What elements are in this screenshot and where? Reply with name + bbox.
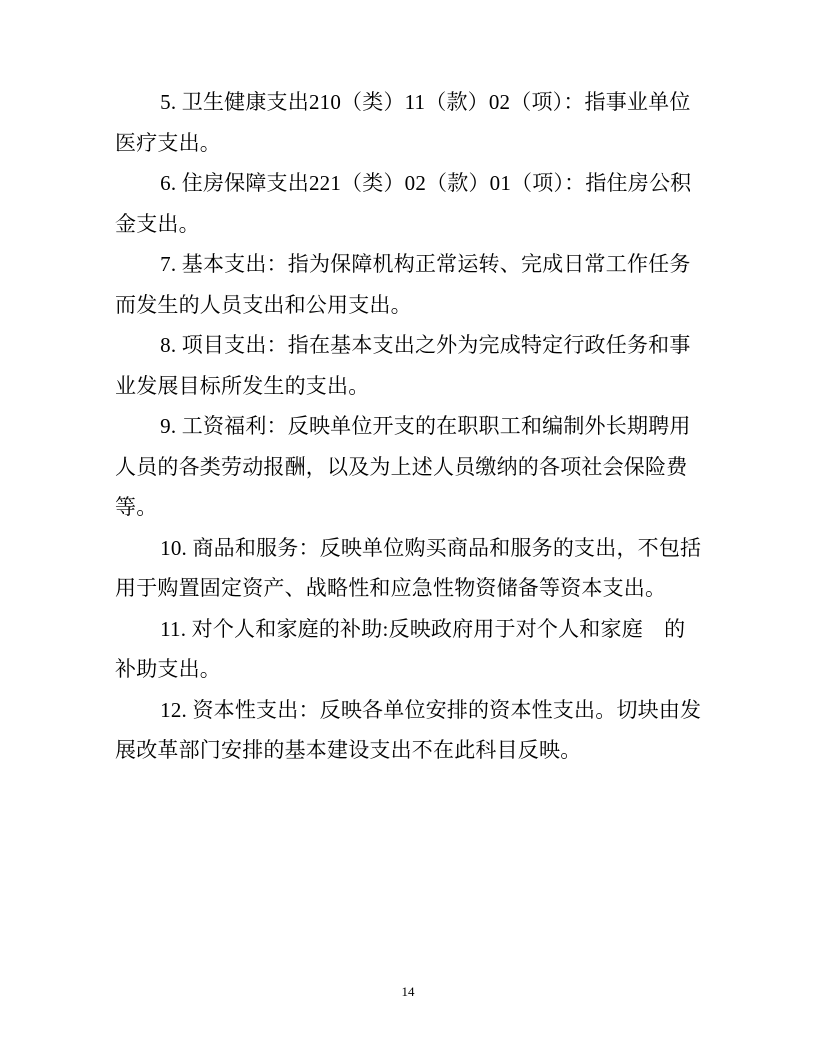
paragraph-item-5: 5. 卫生健康支出210（类）11（款）02（项）：指事业单位 医疗支出。: [115, 82, 707, 163]
paragraph-item-6: 6. 住房保障支出221（类）02（款）01（项）：指住房公积 金支出。: [115, 163, 707, 244]
paragraph-item-11: 11. 对个人和家庭的补助:反映政府用于对个人和家庭 的 补助支出。: [115, 609, 707, 690]
paragraph-item-7: 7. 基本支出：指为保障机构正常运转、完成日常工作任务 而发生的人员支出和公用支…: [115, 244, 707, 325]
document-body: 5. 卫生健康支出210（类）11（款）02（项）：指事业单位 医疗支出。 6.…: [115, 82, 707, 771]
paragraph-item-8: 8. 项目支出：指在基本支出之外为完成特定行政任务和事 业发展目标所发生的支出。: [115, 325, 707, 406]
page-number: 14: [0, 984, 816, 1000]
paragraph-item-12: 12. 资本性支出：反映各单位安排的资本性支出。切块由发 展改革部门安排的基本建…: [115, 690, 707, 771]
paragraph-item-9: 9. 工资福利：反映单位开支的在职职工和编制外长期聘用 人员的各类劳动报酬，以及…: [115, 406, 707, 528]
paragraph-item-10: 10. 商品和服务：反映单位购买商品和服务的支出，不包括 用于购置固定资产、战略…: [115, 528, 707, 609]
document-page: 5. 卫生健康支出210（类）11（款）02（项）：指事业单位 医疗支出。 6.…: [0, 0, 816, 1056]
